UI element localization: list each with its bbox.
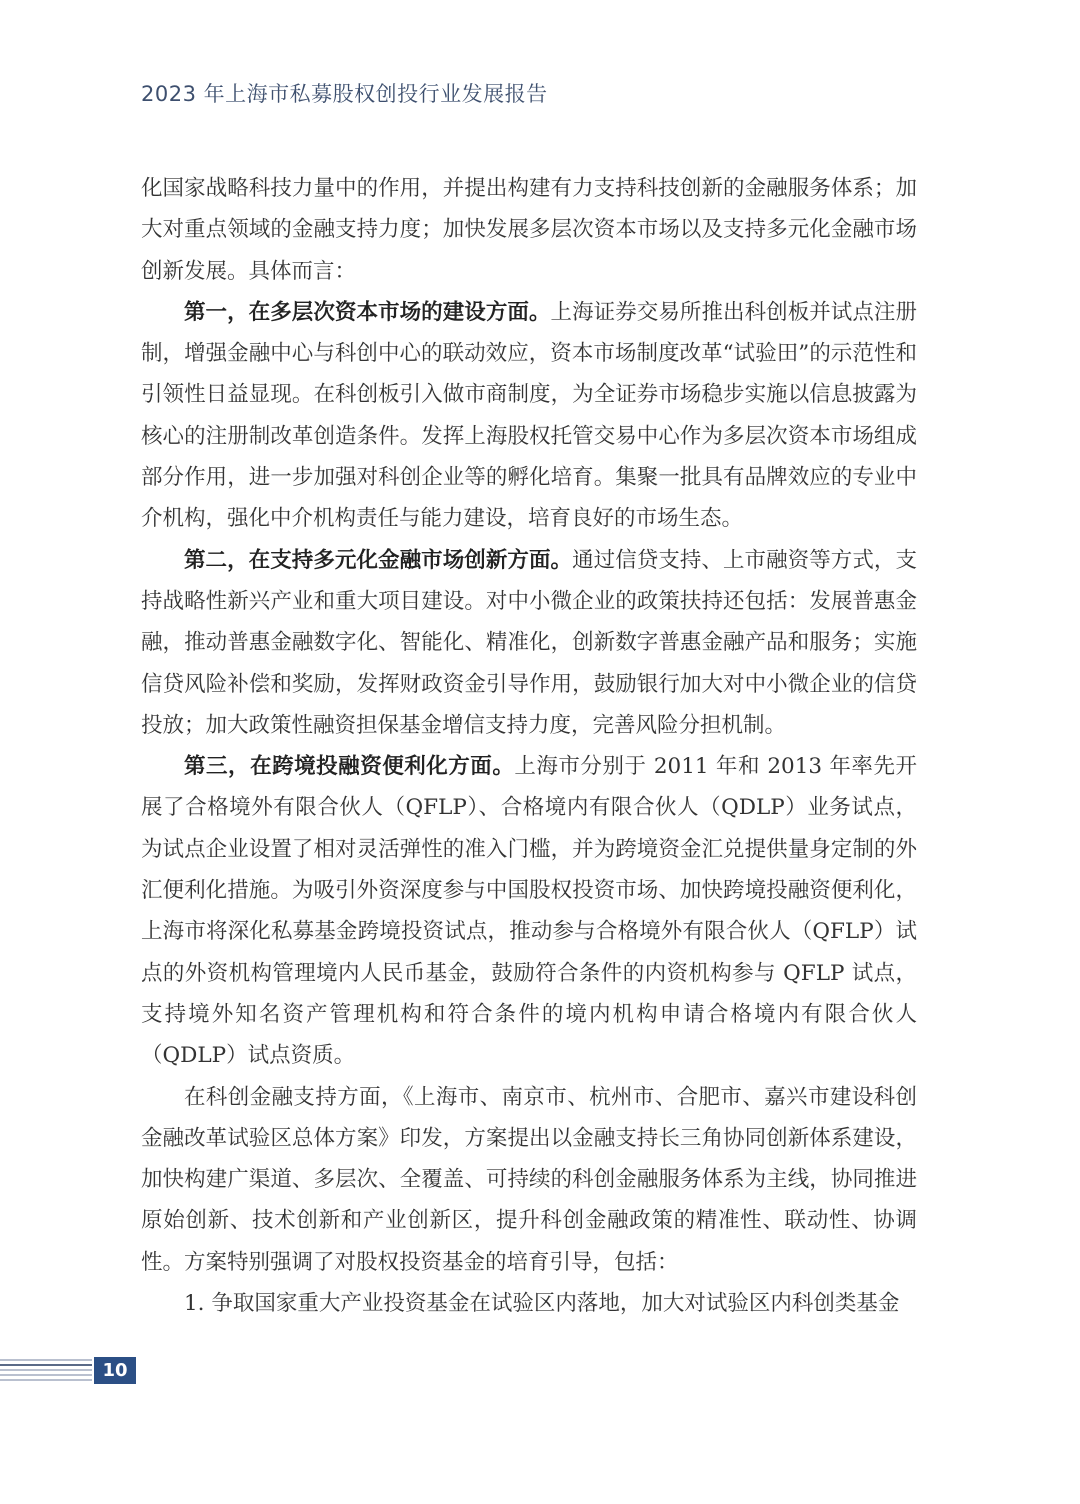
paragraph-sci-tech-finance: 在科创金融支持方面，《上海市、南京市、杭州市、合肥市、嘉兴市建设科创金融改革试验… — [141, 1077, 917, 1283]
paragraph-text: 在科创金融支持方面，《上海市、南京市、杭州市、合肥市、嘉兴市建设科创金融改革试验… — [141, 1085, 917, 1275]
paragraph-text: 通过信贷支持、上市融资等方式，支持战略性新兴产业和重大项目建设。对中小微企业的政… — [141, 548, 917, 738]
paragraph-text: 上海证券交易所推出科创板并试点注册制，增强金融中心与科创中心的联动效应，资本市场… — [141, 300, 917, 531]
paragraph-financial-innovation: 第二，在支持多元化金融市场创新方面。通过信贷支持、上市融资等方式，支持战略性新兴… — [141, 540, 917, 746]
paragraph-text: 上海市分别于 2011 年和 2013 年率先开展了合格境外有限合伙人（QFLP… — [141, 754, 917, 1068]
body-text: 化国家战略科技力量中的作用，并提出构建有力支持科技创新的金融服务体系；加大对重点… — [141, 168, 917, 1324]
paragraph-lead: 第二，在支持多元化金融市场创新方面。 — [184, 548, 572, 573]
paragraph-cross-border: 第三，在跨境投融资便利化方面。上海市分别于 2011 年和 2013 年率先开展… — [141, 746, 917, 1076]
paragraph-text: 化国家战略科技力量中的作用，并提出构建有力支持科技创新的金融服务体系；加大对重点… — [141, 176, 917, 284]
page-footer: 10 — [0, 1357, 140, 1384]
paragraph-intro: 化国家战略科技力量中的作用，并提出构建有力支持科技创新的金融服务体系；加大对重点… — [141, 168, 917, 292]
paragraph-capital-market: 第一，在多层次资本市场的建设方面。上海证券交易所推出科创板并试点注册制，增强金融… — [141, 292, 917, 540]
paragraph-list-item-1: 1. 争取国家重大产业投资基金在试验区内落地，加大对试验区内科创类基金 — [141, 1283, 917, 1324]
page-number-badge: 10 — [94, 1357, 136, 1384]
paragraph-lead: 第三，在跨境投融资便利化方面。 — [184, 754, 514, 779]
paragraph-text: 1. 争取国家重大产业投资基金在试验区内落地，加大对试验区内科创类基金 — [184, 1291, 899, 1316]
footer-decorative-lines — [0, 1359, 92, 1383]
report-header-title: 2023 年上海市私募股权创投行业发展报告 — [141, 78, 548, 108]
paragraph-lead: 第一，在多层次资本市场的建设方面。 — [184, 300, 551, 325]
